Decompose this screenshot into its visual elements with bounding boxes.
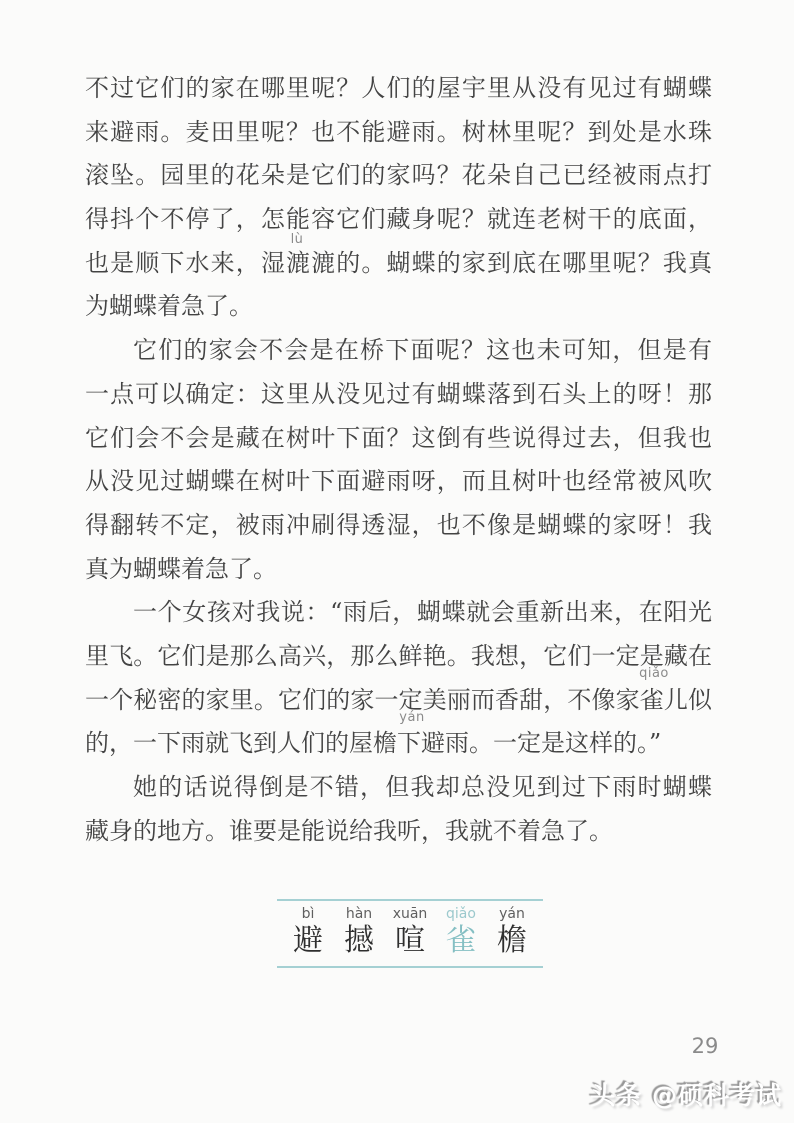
passage-line: 滚坠。园里的花朵是它们的家吗？花朵自己已经被雨点打 (85, 154, 712, 198)
vocab-char: 喧 (395, 923, 425, 959)
passage-line: 她的话说得倒是不错，但我却总没见到过下雨时蝴蝶 (85, 766, 712, 810)
vocab-item-que: qiǎo 雀 (440, 906, 482, 959)
vocab-char: 檐 (497, 923, 527, 959)
vocab-char: 避 (293, 923, 323, 959)
passage-line: 真为蝴蝶着急了。 (85, 548, 712, 592)
watermark: 头条 @硕科考试 (590, 1076, 782, 1112)
passage-line: 一个女孩对我说：“雨后，蝴蝶就会重新出来，在阳光 (85, 591, 712, 635)
vocab-pinyin: bì (302, 906, 315, 923)
pinyin-annotation-lu: lù (291, 232, 304, 247)
passage-line: 的，一下雨就飞到人们的屋檐下避雨。一定是这样的。” (85, 722, 712, 766)
passage-line: 它们会不会是藏在树叶下面？这倒有些说得过去，但我也 (85, 417, 712, 461)
passage-line: 从没见过蝴蝶在树叶下面避雨呀，而且树叶也经常被风吹 (85, 460, 712, 504)
vocab-item-xuan: xuān 喧 (389, 906, 431, 959)
vocab-item-bi: bì 避 (287, 906, 329, 959)
textbook-page: 不过它们的家在哪里呢？人们的屋宇里从没有见过有蝴蝶 来避雨。麦田里呢？也不能避雨… (0, 0, 794, 1123)
passage-line: 藏身的地方。谁要是能说给我听，我就不着急了。 (85, 810, 712, 854)
passage-line: 得翻转不定，被雨冲刷得透湿，也不像是蝴蝶的家呀！我 (85, 504, 712, 548)
vocab-box: bì 避 hàn 撼 xuān 喧 qiǎo 雀 yán 檐 (277, 899, 543, 968)
page-number: 29 (670, 1034, 740, 1058)
passage-line: 一点可以确定：这里从没见过有蝴蝶落到石头上的呀！那 (85, 373, 712, 417)
vocab-char: 撼 (344, 923, 374, 959)
vocab-pinyin: yán (499, 906, 525, 923)
pinyin-annotation-yan: yán (399, 710, 424, 725)
passage-line: 里飞。它们是那么高兴，那么鲜艳。我想，它们一定是藏在 (85, 635, 712, 679)
passage-line: 不过它们的家在哪里呢？人们的屋宇里从没有见过有蝴蝶 (85, 67, 712, 111)
pinyin-annotation-qiao: qiǎo (639, 666, 669, 681)
passage-line: 为蝴蝶着急了。 (85, 285, 712, 329)
vocab-char: 雀 (446, 923, 476, 959)
vocab-item-han: hàn 撼 (338, 906, 380, 959)
vocab-pinyin: qiǎo (446, 906, 476, 923)
passage-line: 来避雨。麦田里呢？也不能避雨。树林里呢？到处是水珠 (85, 111, 712, 155)
passage-line: 得抖个不停了，怎能容它们藏身呢？就连老树干的底面， (85, 198, 712, 242)
vocab-pinyin: hàn (346, 906, 372, 923)
passage-text: 不过它们的家在哪里呢？人们的屋宇里从没有见过有蝴蝶 来避雨。麦田里呢？也不能避雨… (85, 67, 712, 853)
passage-line: 它们的家会不会是在桥下面呢？这也未可知，但是有 (85, 329, 712, 373)
vocab-item-yan: yán 檐 (491, 906, 533, 959)
vocab-pinyin: xuān (393, 906, 428, 923)
passage-line: 也是顺下水来，湿漉漉的。蝴蝶的家到底在哪里呢？我真 (85, 242, 712, 286)
